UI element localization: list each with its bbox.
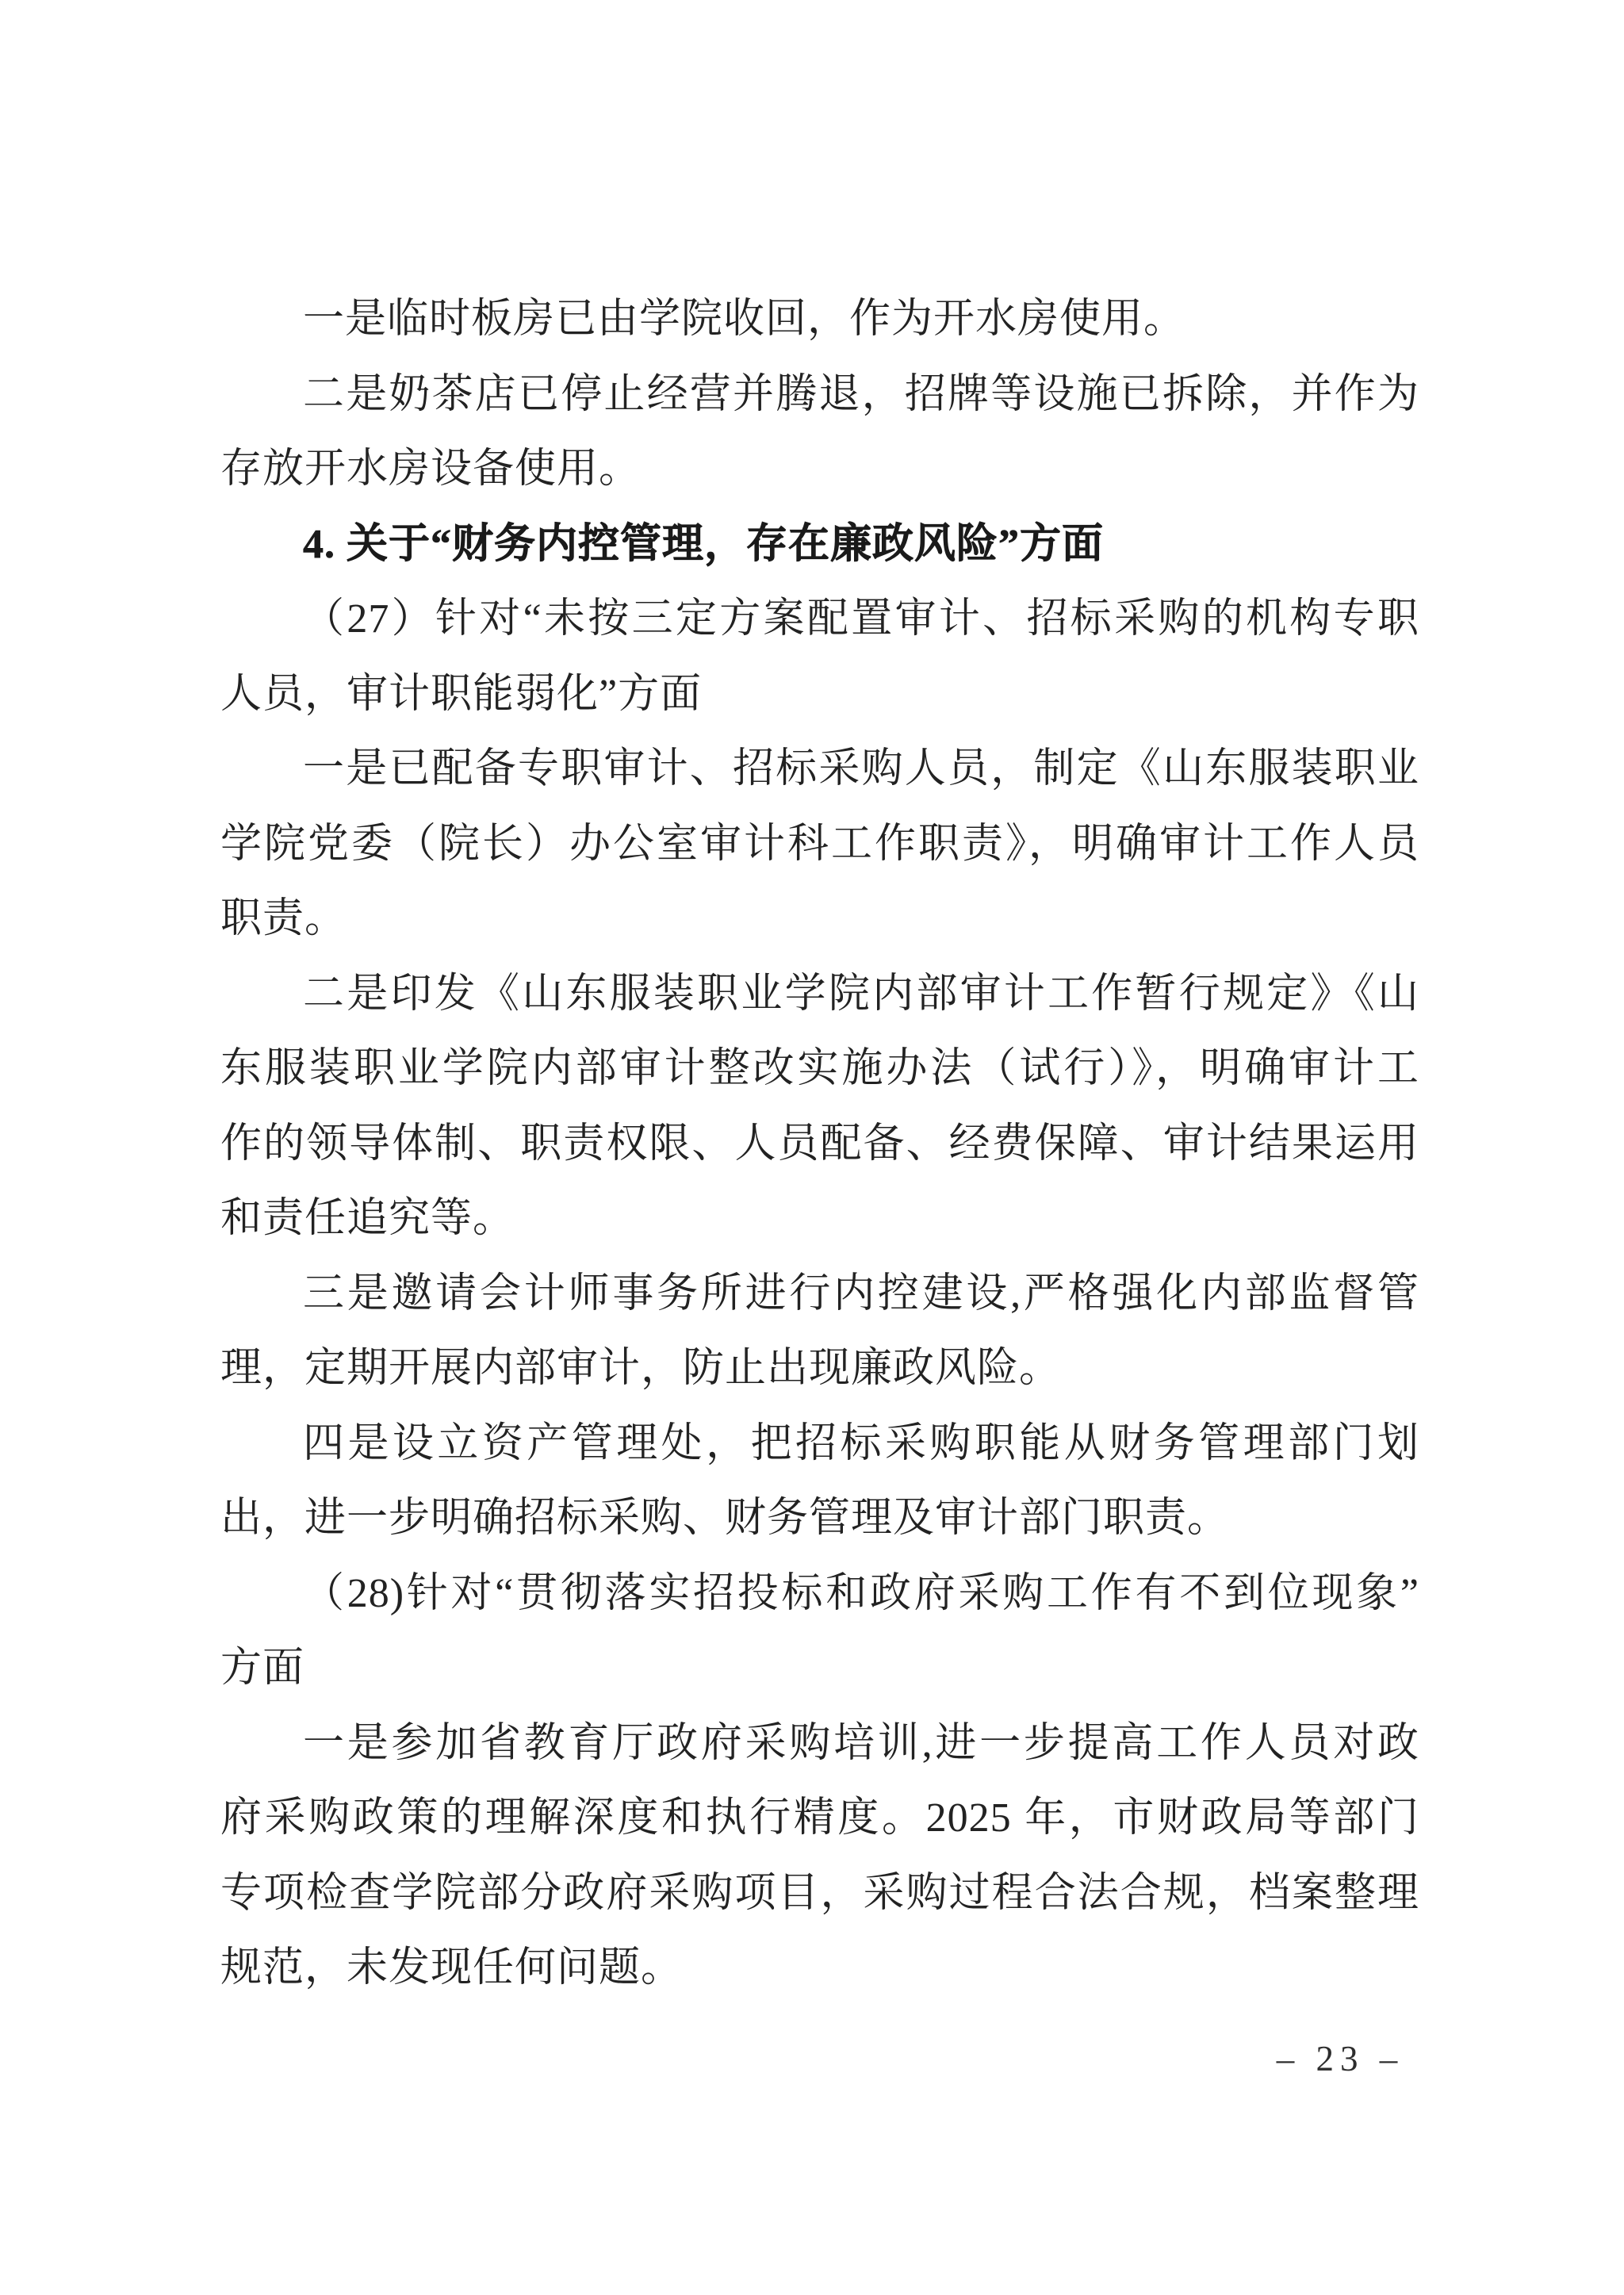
document-page: 一是临时板房已由学院收回，作为开水房使用。 二是奶茶店已停止经营并腾退，招牌等设… <box>0 0 1624 2295</box>
paragraph-line: 一是参加省教育厅政府采购培训,进一步提高工作人员对政 <box>220 1707 1419 1782</box>
paragraph-line: 一是已配备专职审计、招标采购人员，制定《山东服装职业 <box>220 732 1419 807</box>
paragraph-line: 出，进一步明确招标采购、财务管理及审计部门职责。 <box>220 1481 1419 1557</box>
paragraph-line: 三是邀请会计师事务所进行内控建设,严格强化内部监督管 <box>220 1257 1419 1332</box>
paragraph-line: （28)针对“贯彻落实招投标和政府采购工作有不到位现象” <box>220 1557 1419 1632</box>
paragraph-line: 府采购政策的理解深度和执行精度。2025 年，市财政局等部门 <box>220 1781 1419 1856</box>
paragraph-line: 四是设立资产管理处，把招标采购职能从财务管理部门划 <box>220 1407 1419 1482</box>
paragraph-line: 存放开水房设备使用。 <box>220 432 1419 508</box>
paragraph-line: 学院党委（院长）办公室审计科工作职责》，明确审计工作人员 <box>220 807 1419 883</box>
paragraph-line: 理，定期开展内部审计，防止出现廉政风险。 <box>220 1331 1419 1407</box>
document-body: 一是临时板房已由学院收回，作为开水房使用。 二是奶茶店已停止经营并腾退，招牌等设… <box>220 282 1419 2006</box>
paragraph-line: 规范，未发现任何问题。 <box>220 1931 1419 2006</box>
page-number: – 23 – <box>1253 2035 1427 2082</box>
paragraph-line: 二是奶茶店已停止经营并腾退，招牌等设施已拆除，并作为 <box>220 358 1419 433</box>
section-heading: 4. 关于“财务内控管理，存在廉政风险”方面 <box>220 508 1419 583</box>
paragraph-line: 一是临时板房已由学院收回，作为开水房使用。 <box>220 282 1419 358</box>
paragraph-line: 人员，审计职能弱化”方面 <box>220 657 1419 733</box>
paragraph-line: 二是印发《山东服装职业学院内部审计工作暂行规定》《山 <box>220 957 1419 1033</box>
paragraph-line: 作的领导体制、职责权限、人员配备、经费保障、审计结果运用 <box>220 1107 1419 1182</box>
paragraph-line: 职责。 <box>220 882 1419 957</box>
paragraph-line: 和责任追究等。 <box>220 1182 1419 1257</box>
paragraph-line: 东服装职业学院内部审计整改实施办法（试行）》，明确审计工 <box>220 1032 1419 1107</box>
paragraph-line: 方面 <box>220 1631 1419 1707</box>
paragraph-line: 专项检查学院部分政府采购项目，采购过程合法合规，档案整理 <box>220 1856 1419 1932</box>
paragraph-line: （27）针对“未按三定方案配置审计、招标采购的机构专职 <box>220 582 1419 657</box>
